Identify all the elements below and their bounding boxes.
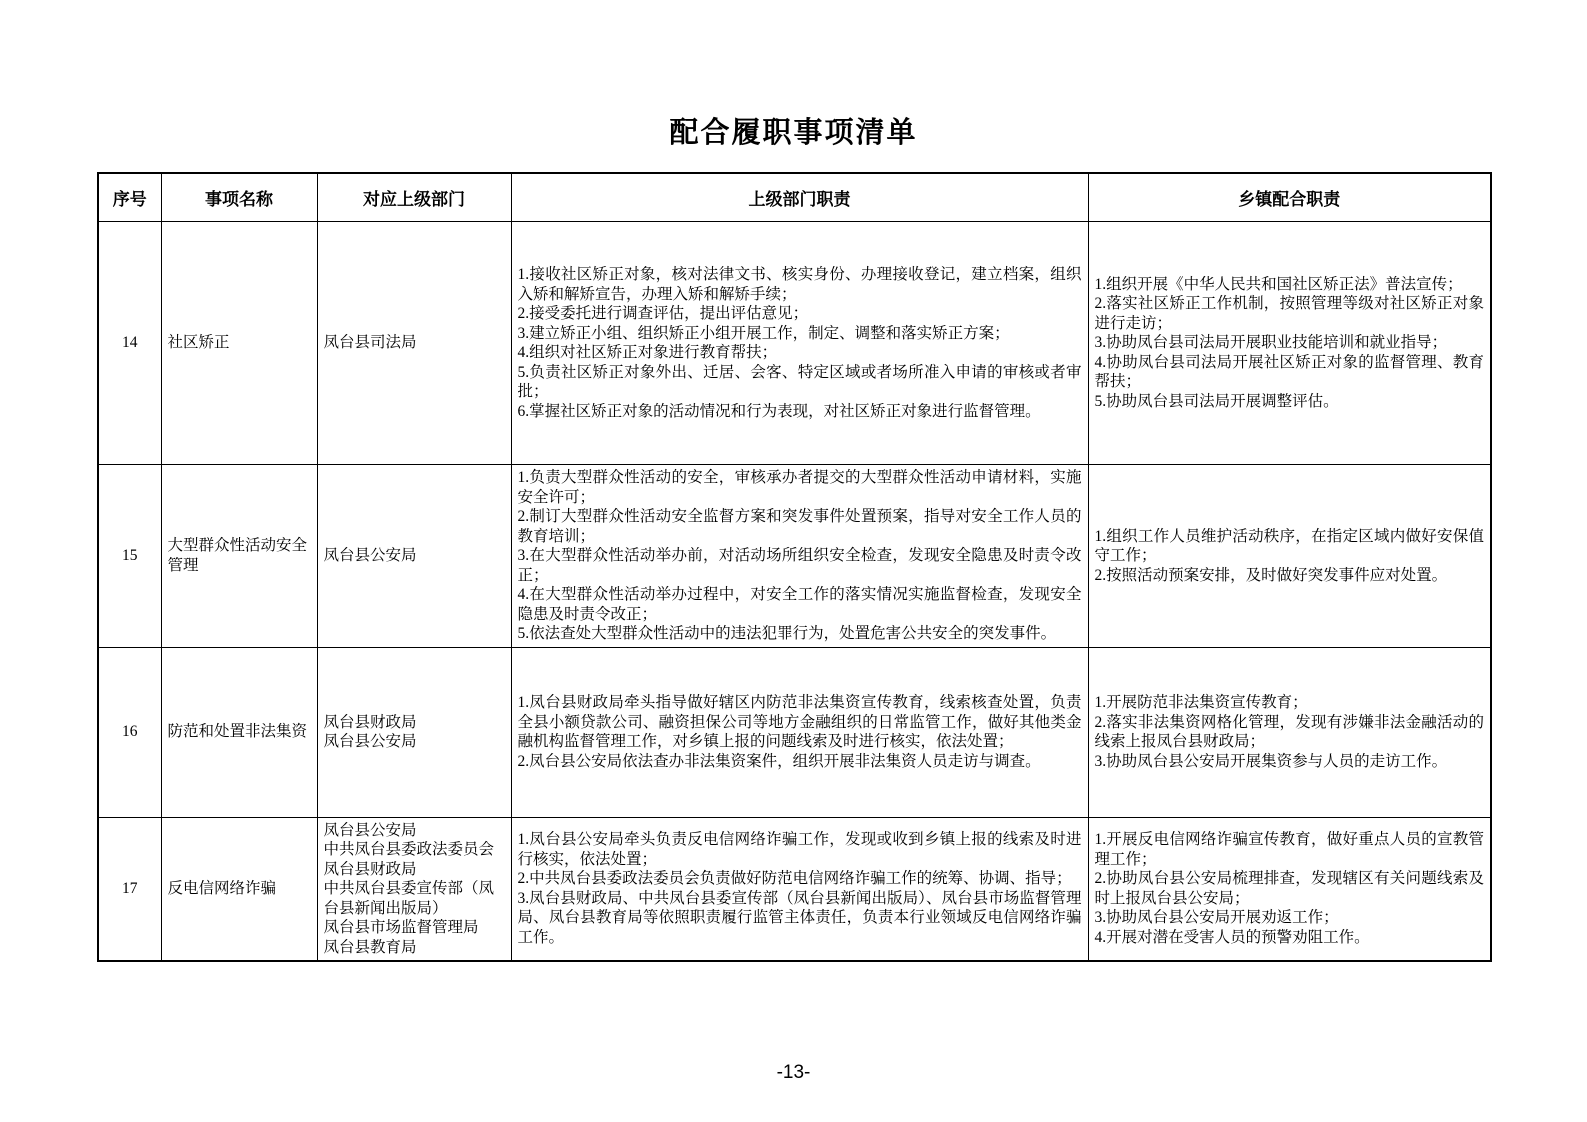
- cell-department: 凤台县公安局 中共凤台县委政法委员会 凤台县财政局 中共凤台县委宣传部（凤台县新…: [317, 817, 511, 961]
- page-number: -13-: [0, 1062, 1587, 1084]
- col-header-department: 对应上级部门: [317, 173, 511, 222]
- cell-township-duties: 1.开展防范非法集资宣传教育； 2.落实非法集资网格化管理，发现有涉嫌非法金融活…: [1088, 647, 1491, 817]
- cell-department: 凤台县财政局 凤台县公安局: [317, 647, 511, 817]
- col-header-no: 序号: [98, 173, 161, 222]
- col-header-superior-duties: 上级部门职责: [511, 173, 1088, 222]
- col-header-township-duties: 乡镇配合职责: [1088, 173, 1491, 222]
- cell-superior-duties: 1.负责大型群众性活动的安全，审核承办者提交的大型群众性活动申请材料，实施安全许…: [511, 465, 1088, 648]
- table-header-row: 序号 事项名称 对应上级部门 上级部门职责 乡镇配合职责: [98, 173, 1491, 222]
- page-title: 配合履职事项清单: [0, 110, 1587, 151]
- cell-township-duties: 1.开展反电信网络诈骗宣传教育，做好重点人员的宣教管理工作； 2.协助凤台县公安…: [1088, 817, 1491, 961]
- cell-department: 凤台县司法局: [317, 222, 511, 465]
- table-row: 16 防范和处置非法集资 凤台县财政局 凤台县公安局 1.凤台县财政局牵头指导做…: [98, 647, 1491, 817]
- cell-superior-duties: 1.凤台县财政局牵头指导做好辖区内防范非法集资宣传教育，线索核查处置，负责全县小…: [511, 647, 1088, 817]
- duties-table: 序号 事项名称 对应上级部门 上级部门职责 乡镇配合职责 14 社区矫正 凤台县…: [97, 172, 1492, 962]
- col-header-item-name: 事项名称: [161, 173, 317, 222]
- cell-township-duties: 1.组织工作人员维护活动秩序，在指定区域内做好安保值守工作； 2.按照活动预案安…: [1088, 465, 1491, 648]
- cell-no: 15: [98, 465, 161, 648]
- cell-item-name: 社区矫正: [161, 222, 317, 465]
- cell-superior-duties: 1.凤台县公安局牵头负责反电信网络诈骗工作，发现或收到乡镇上报的线索及时进行核实…: [511, 817, 1088, 961]
- cell-no: 16: [98, 647, 161, 817]
- cell-department: 凤台县公安局: [317, 465, 511, 648]
- cell-superior-duties: 1.接收社区矫正对象，核对法律文书、核实身份、办理接收登记，建立档案，组织入矫和…: [511, 222, 1088, 465]
- cell-no: 17: [98, 817, 161, 961]
- cell-township-duties: 1.组织开展《中华人民共和国社区矫正法》普法宣传； 2.落实社区矫正工作机制，按…: [1088, 222, 1491, 465]
- cell-item-name: 防范和处置非法集资: [161, 647, 317, 817]
- cell-item-name: 反电信网络诈骗: [161, 817, 317, 961]
- table-row: 15 大型群众性活动安全管理 凤台县公安局 1.负责大型群众性活动的安全，审核承…: [98, 465, 1491, 648]
- cell-item-name: 大型群众性活动安全管理: [161, 465, 317, 648]
- table-row: 17 反电信网络诈骗 凤台县公安局 中共凤台县委政法委员会 凤台县财政局 中共凤…: [98, 817, 1491, 961]
- table-row: 14 社区矫正 凤台县司法局 1.接收社区矫正对象，核对法律文书、核实身份、办理…: [98, 222, 1491, 465]
- cell-no: 14: [98, 222, 161, 465]
